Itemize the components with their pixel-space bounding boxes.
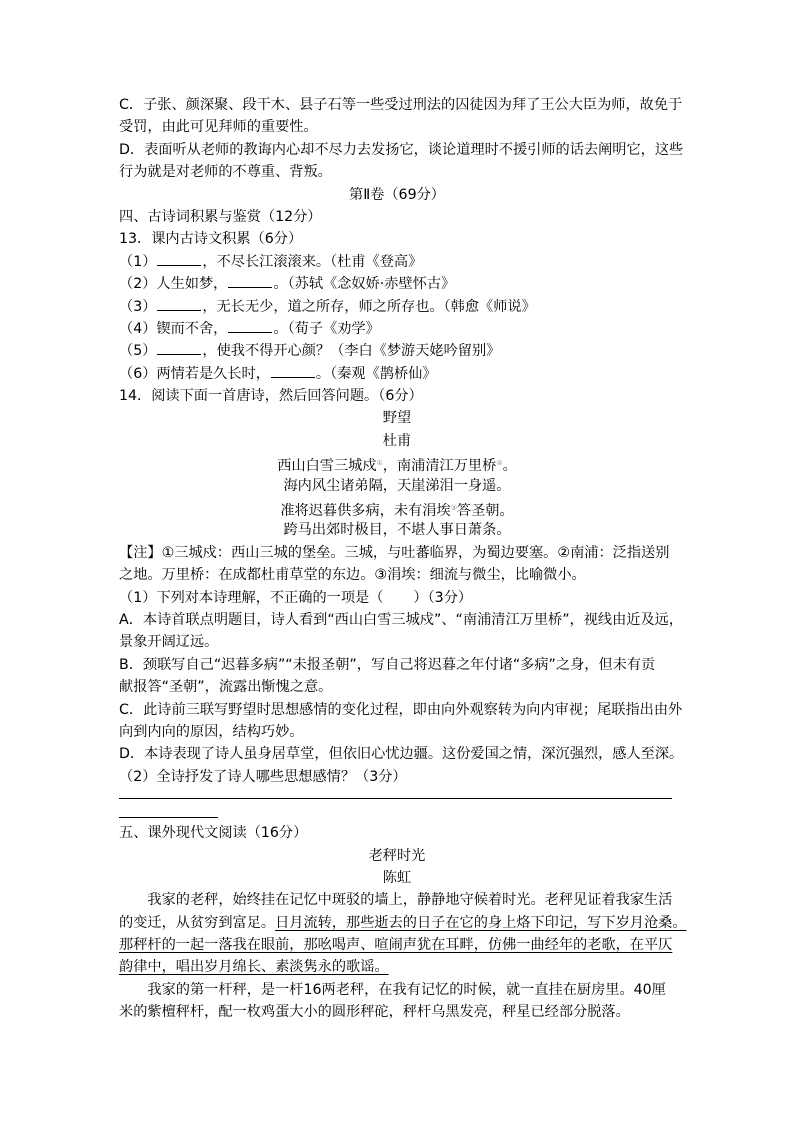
part5-heading: 五、课外现代文阅读（16分） [119, 822, 675, 844]
q12-option-d-line1: D．表面听从老师的教诲内心却不尽力去发扬它，谈论道理时不援引师的话去阐明它，这些 [119, 139, 675, 161]
underlined-sentence: 韵律中，唱出岁月绵长、素淡隽永的歌谣。 [119, 959, 389, 975]
poem-line-2: 海内风尘诸弟隔，天崖涕泪一身遥。 [119, 475, 675, 497]
part4-heading: 四、古诗词积累与鉴赏（12分） [119, 206, 675, 228]
fill-blank[interactable] [157, 340, 201, 355]
article-author: 陈虹 [119, 867, 675, 889]
item-text: 。（荀子《劝学》 [273, 321, 379, 337]
q13-item-4: （4）锲而不舍，。（荀子《劝学》 [119, 318, 675, 340]
article-p2-line1: 我家的第一杆秤，是一杆16两老秤，在我有记忆的时候，就一直挂在厨房里。40厘 [119, 979, 675, 1001]
fill-blank[interactable] [157, 251, 201, 266]
item-number: （1） [119, 254, 156, 270]
q13-item-6: （6）两情若是久长时，。（秦观《鹊桥仙》 [119, 363, 675, 385]
article-text: 的变迁，从贫穷到富足。 [119, 915, 275, 931]
item-text: ，无长无少，道之所存，师之所存也。（韩愈《师说》 [202, 299, 535, 315]
item-text: ，使我不得开心颜？（李白《梦游天姥吟留别》 [202, 343, 500, 359]
poem-text: ，南浦清江万里桥 [383, 458, 497, 474]
volume-2-title: 第Ⅱ卷（69分） [119, 184, 675, 206]
q14-option-a-line1: A．本诗首联点明题目，诗人看到“西山白雪三城戍”、“南浦清江万里桥”，视线由近及… [119, 609, 675, 631]
poem-line-3: 准将迟暮供多病，未有涓埃③答圣朝。 [119, 497, 675, 519]
underlined-sentence: 那秤杆的一起一落我在眼前，那吆喝声、喧闹声犹在耳畔，仿佛一曲经年的老歌，在平仄 [119, 937, 672, 953]
poem-text: 准将迟暮供多病，未有涓埃 [280, 503, 450, 519]
fill-blank[interactable] [228, 273, 272, 288]
q14-option-b-line2: 献报答“圣朝”，流露出惭愧之意。 [119, 676, 675, 698]
q13-title: 13．课内古诗文积累（6分） [119, 228, 675, 250]
item-text: 。（秦观《鹊桥仙》 [316, 366, 437, 382]
q12-option-d-line2: 行为就是对老师的不尊重、背叛。 [119, 161, 675, 183]
article-p1-line4: 韵律中，唱出岁月绵长、素淡隽永的歌谣。 [119, 956, 675, 978]
q14-option-d-line1: D．本诗表现了诗人虽身居草堂，但依旧心忧边疆。这份爱国之情，深沉强烈，感人至深。 [119, 743, 675, 765]
underlined-sentence: 日月流转，那些逝去的日子在它的身上烙下印记，写下岁月沧桑。 [275, 915, 686, 931]
item-number: （5） [119, 343, 156, 359]
q14-option-a-line2: 景象开阔辽远。 [119, 631, 675, 653]
q14-option-c-line1: C．此诗前三联写野望时思想感情的变化过程，即由向外观察转为向内审视；尾联指出由外 [119, 699, 675, 721]
article-p2-line2: 米的紫檀秤杆，配一枚鸡蛋大小的圆形秤砣，秤杆乌黑发亮，秤星已经部分脱落。 [119, 1001, 675, 1023]
q13-item-5: （5），使我不得开心颜？（李白《梦游天姥吟留别》 [119, 340, 675, 362]
item-number: （4） [119, 321, 156, 337]
poem-text: 答圣朝。 [457, 503, 514, 519]
article-title: 老秤时光 [119, 845, 675, 867]
poem-note-line1: 【注】①三城戍：西山三城的堡垒。三城，与吐蕃临界，为蜀边要塞。②南浦：泛指送别 [119, 542, 675, 564]
poem-text: 。 [503, 458, 517, 474]
item-text: ，不尽长江滚滚来。（杜甫《登高》 [202, 254, 422, 270]
article-p1-line3: 那秤杆的一起一落我在眼前，那吆喝声、喧闹声犹在耳畔，仿佛一曲经年的老歌，在平仄 [119, 934, 675, 956]
q13-item-1: （1），不尽长江滚滚来。（杜甫《登高》 [119, 251, 675, 273]
prompt-text: （1）下列对本诗理解，不正确的一项是（ [119, 590, 383, 606]
poem-line-4: 跨马出郊时极目，不堪人事日萧条。 [119, 519, 675, 541]
item-text-before: 锲而不舍， [156, 321, 227, 337]
poem-title: 野望 [119, 407, 675, 429]
article-p1-line2: 的变迁，从贫穷到富足。日月流转，那些逝去的日子在它的身上烙下印记，写下岁月沧桑。 [119, 912, 675, 934]
answer-line[interactable] [119, 798, 672, 799]
q13-item-3: （3），无长无少，道之所存，师之所存也。（韩愈《师说》 [119, 296, 675, 318]
poem-author: 杜甫 [119, 430, 675, 452]
q14-option-b-line1: B．颈联写自己“迟暮多病”“未报圣朝”，写自己将迟暮之年付诸“多病”之身，但未有… [119, 654, 675, 676]
item-text-before: 人生如梦， [156, 276, 227, 292]
prompt-text: ）（3分） [413, 590, 472, 606]
q14-title: 14．阅读下面一首唐诗，然后回答问题。（6分） [119, 385, 675, 407]
item-text: 。（苏轼《念奴娇·赤壁怀古》 [273, 276, 455, 292]
q12-option-c-line2: 受罚，由此可见拜师的重要性。 [119, 116, 675, 138]
poem-note-line2: 之地。万里桥：在成都杜甫草堂的东边。③涓埃：细流与微尘，比喻微小。 [119, 564, 675, 586]
q14-sub1-prompt: （1）下列对本诗理解，不正确的一项是（）（3分） [119, 587, 675, 609]
exam-page: C．子张、颜深聚、段干木、县子石等一些受过刑法的囚徒因为拜了王公大臣为师，故免于… [119, 94, 675, 1024]
poem-line-1: 西山白雪三城戍①，南浦清江万里桥②。 [119, 452, 675, 474]
item-number: （3） [119, 299, 156, 315]
fill-blank[interactable] [271, 363, 315, 378]
q13-item-2: （2）人生如梦，。（苏轼《念奴娇·赤壁怀古》 [119, 273, 675, 295]
q14-option-c-line2: 向到内向的原因，结构巧妙。 [119, 721, 675, 743]
poem-text: 西山白雪三城戍 [277, 458, 376, 474]
fill-blank[interactable] [228, 318, 272, 333]
item-text-before: 两情若是久长时， [156, 366, 270, 382]
article-p1-line1: 我家的老秤，始终挂在记忆中斑驳的墙上，静静地守候着时光。老秤见证着我家生活 [119, 889, 675, 911]
item-number: （2） [119, 276, 156, 292]
fill-blank[interactable] [157, 296, 201, 311]
item-number: （6） [119, 366, 156, 382]
q12-option-c-line1: C．子张、颜深聚、段干木、县子石等一些受过刑法的囚徒因为拜了王公大臣为师，故免于 [119, 94, 675, 116]
q14-sub2-prompt: （2）全诗抒发了诗人哪些思想感情？（3分） [119, 766, 675, 788]
